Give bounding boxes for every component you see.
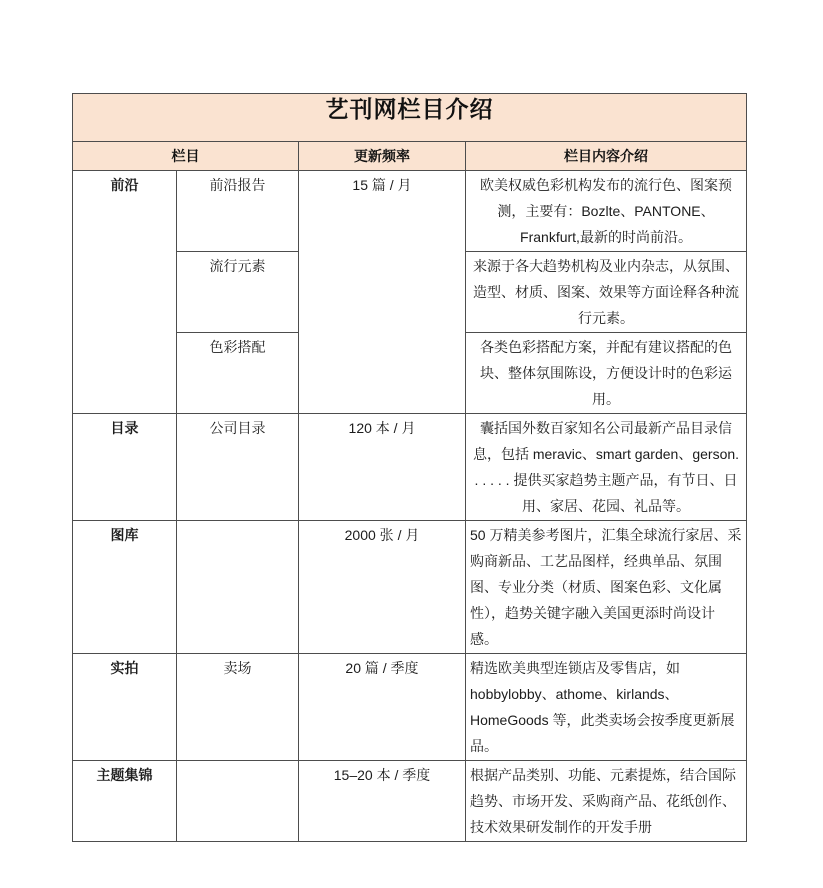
header-column: 栏目: [73, 142, 299, 171]
header-row: 栏目 更新频率 栏目内容介绍: [73, 142, 747, 171]
subcategory-cell: [177, 761, 299, 842]
description-cell: 囊括国外数百家知名公司最新产品目录信息，包括 meravic、smart gar…: [466, 414, 747, 521]
description-cell: 根据产品类别、功能、元素提炼，结合国际趋势、市场开发、采购商产品、花纸创作、技术…: [466, 761, 747, 842]
frequency-cell: 15 篇 / 月: [299, 171, 466, 414]
subcategory-cell: 流行元素: [177, 252, 299, 333]
category-cell: 图库: [73, 521, 177, 654]
column-intro-table: 艺刊网栏目介绍 栏目 更新频率 栏目内容介绍 前沿 前沿报告 15 篇 / 月 …: [72, 93, 747, 842]
category-cell: 主题集锦: [73, 761, 177, 842]
table-row: 图库 2000 张 / 月 50 万精美参考图片，汇集全球流行家居、采购商新品、…: [73, 521, 747, 654]
subcategory-cell: 公司目录: [177, 414, 299, 521]
frequency-cell: 2000 张 / 月: [299, 521, 466, 654]
category-cell: 前沿: [73, 171, 177, 414]
frequency-cell: 120 本 / 月: [299, 414, 466, 521]
table-row: 目录 公司目录 120 本 / 月 囊括国外数百家知名公司最新产品目录信息，包括…: [73, 414, 747, 521]
subcategory-cell: 卖场: [177, 654, 299, 761]
table-row: 前沿 前沿报告 15 篇 / 月 欧美权威色彩机构发布的流行色、图案预测，主要有…: [73, 171, 747, 252]
page-title: 艺刊网栏目介绍: [73, 94, 747, 142]
category-cell: 实拍: [73, 654, 177, 761]
table-row: 实拍 卖场 20 篇 / 季度 精选欧美典型连锁店及零售店，如 hobbylob…: [73, 654, 747, 761]
subcategory-cell: [177, 521, 299, 654]
description-cell: 欧美权威色彩机构发布的流行色、图案预测，主要有：Bozlte、PANTONE、F…: [466, 171, 747, 252]
header-description: 栏目内容介绍: [466, 142, 747, 171]
document-page: 艺刊网栏目介绍 栏目 更新频率 栏目内容介绍 前沿 前沿报告 15 篇 / 月 …: [0, 0, 823, 888]
description-cell: 精选欧美典型连锁店及零售店，如 hobbylobby、athome、kirlan…: [466, 654, 747, 761]
category-cell: 目录: [73, 414, 177, 521]
description-cell: 50 万精美参考图片，汇集全球流行家居、采购商新品、工艺品图样，经典单品、氛围图…: [466, 521, 747, 654]
subcategory-cell: 前沿报告: [177, 171, 299, 252]
header-frequency: 更新频率: [299, 142, 466, 171]
subcategory-cell: 色彩搭配: [177, 333, 299, 414]
frequency-cell: 20 篇 / 季度: [299, 654, 466, 761]
description-cell: 各类色彩搭配方案，并配有建议搭配的色块、整体氛围陈设，方便设计时的色彩运用。: [466, 333, 747, 414]
title-row: 艺刊网栏目介绍: [73, 94, 747, 142]
frequency-cell: 15–20 本 / 季度: [299, 761, 466, 842]
description-cell: 来源于各大趋势机构及业内杂志，从氛围、造型、材质、图案、效果等方面诠释各种流行元…: [466, 252, 747, 333]
table-row: 主题集锦 15–20 本 / 季度 根据产品类别、功能、元素提炼，结合国际趋势、…: [73, 761, 747, 842]
